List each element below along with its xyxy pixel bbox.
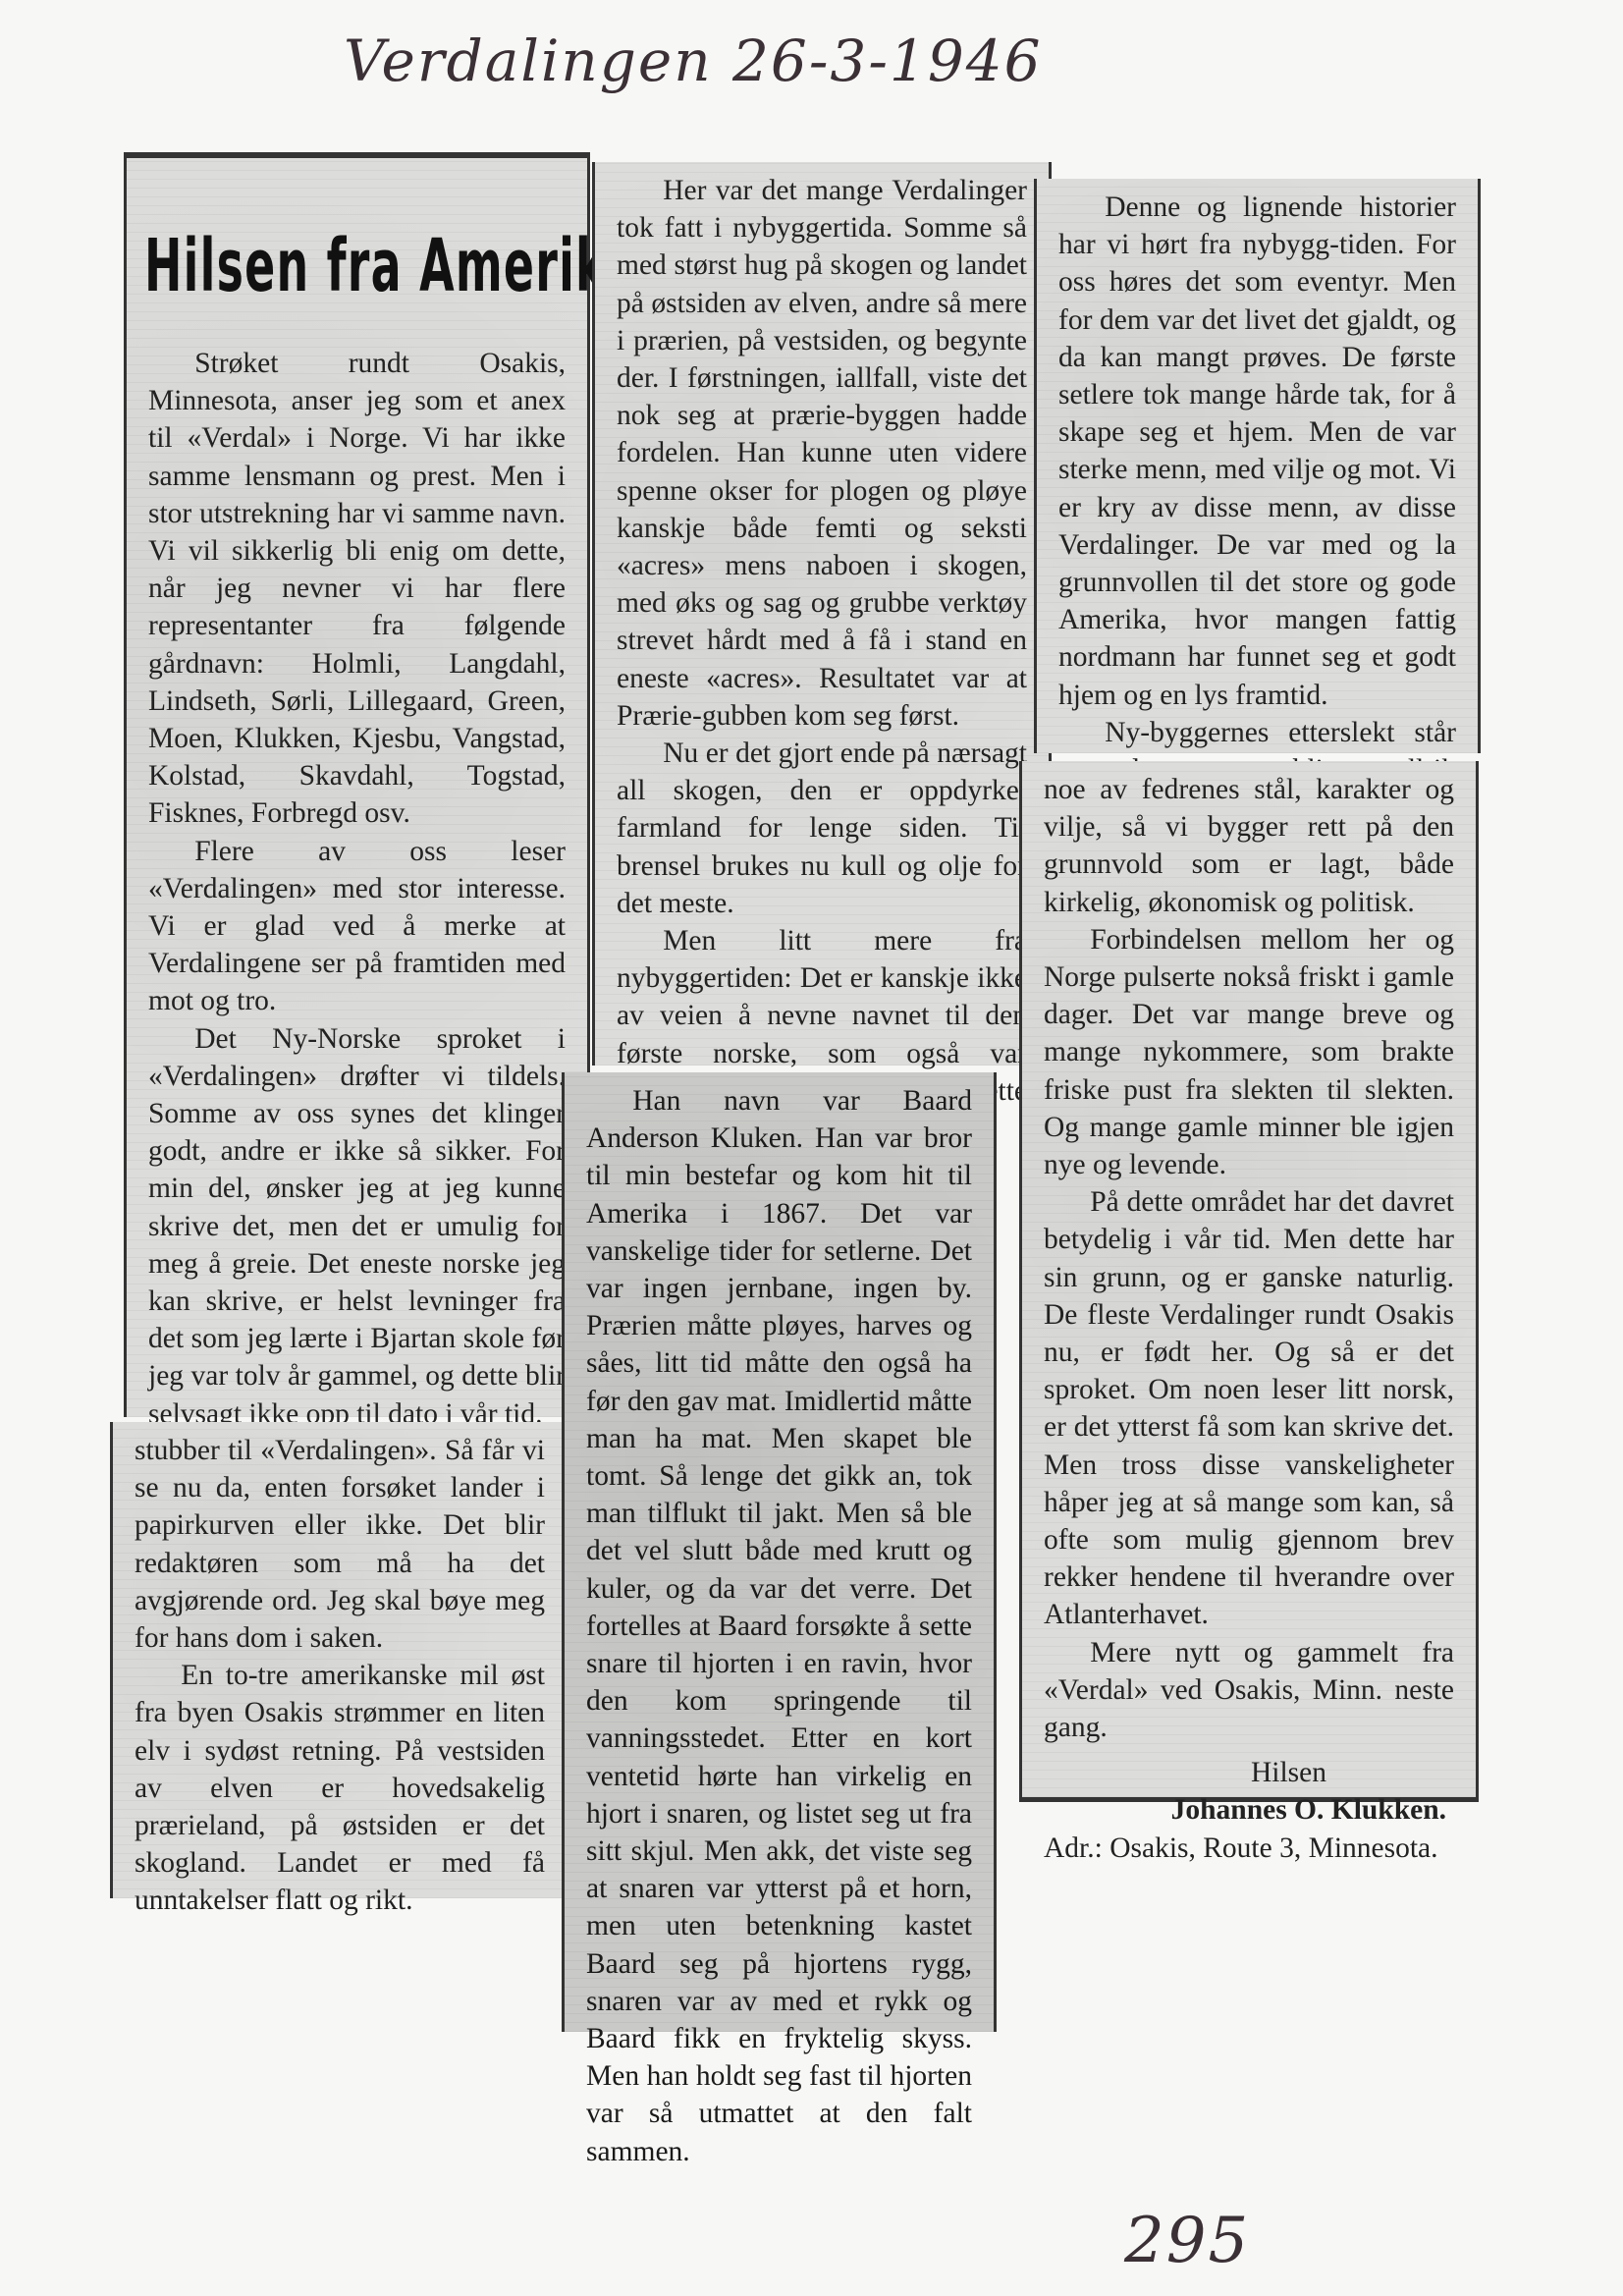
paragraph: stubber til «Verdalingen». Så får vi se … [135, 1432, 545, 1657]
clipping-left-upper: Hilsen fra Amerika. Strøket rundt Osakis… [124, 152, 590, 1417]
paragraph: Mere nytt og gammelt fra «Verdal» ved Os… [1044, 1634, 1454, 1747]
clipping-middle-lower: Han navn var Baard Anderson Kluken. Han … [562, 1072, 997, 2032]
signature-address: Adr.: Osakis, Route 3, Minnesota. [1044, 1830, 1454, 1867]
clipping-right-lower: noe av fedrenes stål, karakter og vilje,… [1019, 761, 1479, 1802]
paragraph: Denne og lignende historier har vi hørt … [1058, 189, 1456, 714]
paragraph: noe av fedrenes stål, karakter og vilje,… [1044, 771, 1454, 921]
paragraph: Flere av oss leser «Verdalingen» med sto… [148, 833, 566, 1020]
signature-name: Johannes O. Klukken. [1044, 1791, 1454, 1829]
paragraph: Nu er det gjort ende på nærsagt all skog… [617, 735, 1027, 922]
paragraph: Han navn var Baard Anderson Kluken. Han … [586, 1082, 972, 2170]
paragraph: Forbindelsen mellom her og Norge pulsert… [1044, 921, 1454, 1183]
paragraph: Her var det mange Verdalinger tok fatt i… [617, 172, 1027, 735]
clipping-middle-upper: Her var det mange Verdalinger tok fatt i… [592, 162, 1052, 1066]
handwritten-page-number: 295 [1124, 2205, 1250, 2277]
paragraph: Strøket rundt Osakis, Minnesota, anser j… [148, 345, 566, 833]
handwritten-header-note: Verdalingen 26-3-1946 [344, 27, 1043, 94]
clipping-right-upper: Denne og lignende historier har vi hørt … [1034, 179, 1481, 753]
signature-greeting: Hilsen [1044, 1754, 1454, 1791]
article-headline: Hilsen fra Amerika. [144, 227, 406, 305]
paragraph: På dette området har det davret betydeli… [1044, 1183, 1454, 1633]
clipping-left-lower: stubber til «Verdalingen». Så får vi se … [110, 1422, 569, 1898]
paragraph: Det Ny-Norske sproket i «Verdalingen» dr… [148, 1020, 566, 1433]
paragraph: En to-tre amerikanske mil øst fra byen O… [135, 1657, 545, 1919]
